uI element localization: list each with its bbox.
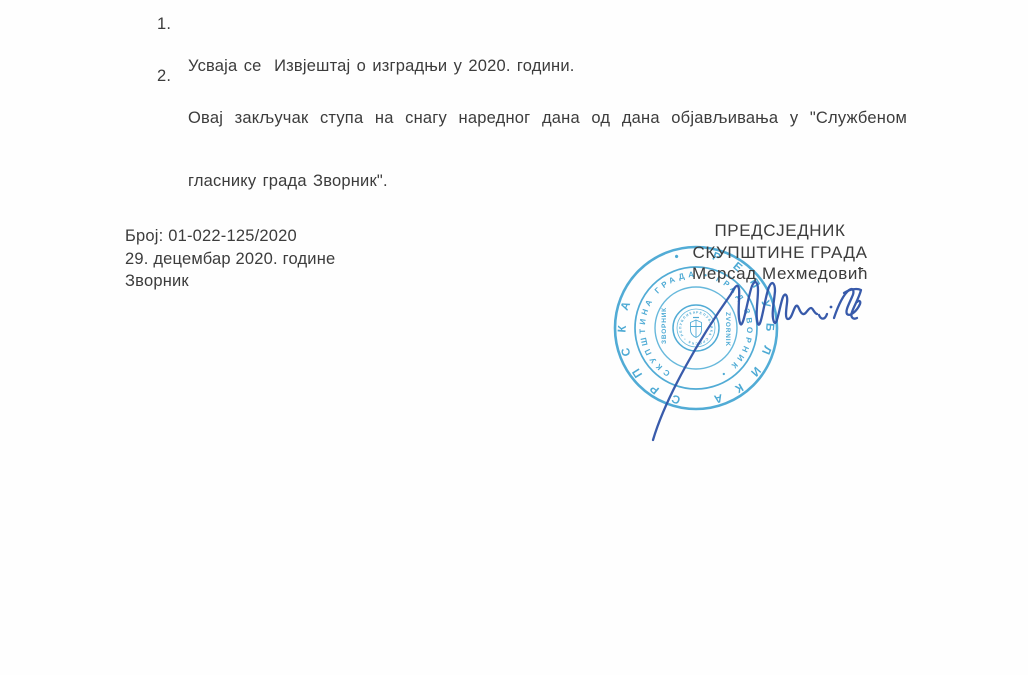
reference-date: 29. децембар 2020. године [125, 248, 335, 271]
list-item: 2. Овај закључак ступа на снагу наредног… [157, 66, 907, 234]
reference-block: Број: 01-022-125/2020 29. децембар 2020.… [125, 225, 335, 293]
list-item-line: Овај закључак ступа на снагу наредног да… [188, 108, 907, 129]
reference-place: Зворник [125, 270, 335, 293]
signer-title-line2: СКУПШТИНЕ ГРАДА [640, 242, 920, 264]
list-item-number: 2. [157, 66, 188, 234]
signer-title-line1: ПРЕДСЈЕДНИК [640, 220, 920, 242]
document-page: 1. Усваја се Извјештај о изградњи у 2020… [0, 0, 1028, 675]
signature-scribble-icon [638, 268, 873, 448]
list-item-text: Овај закључак ступа на снагу наредног да… [188, 66, 907, 234]
reference-number: Број: 01-022-125/2020 [125, 225, 335, 248]
list-item-line: гласнику града Зворник". [188, 171, 907, 192]
